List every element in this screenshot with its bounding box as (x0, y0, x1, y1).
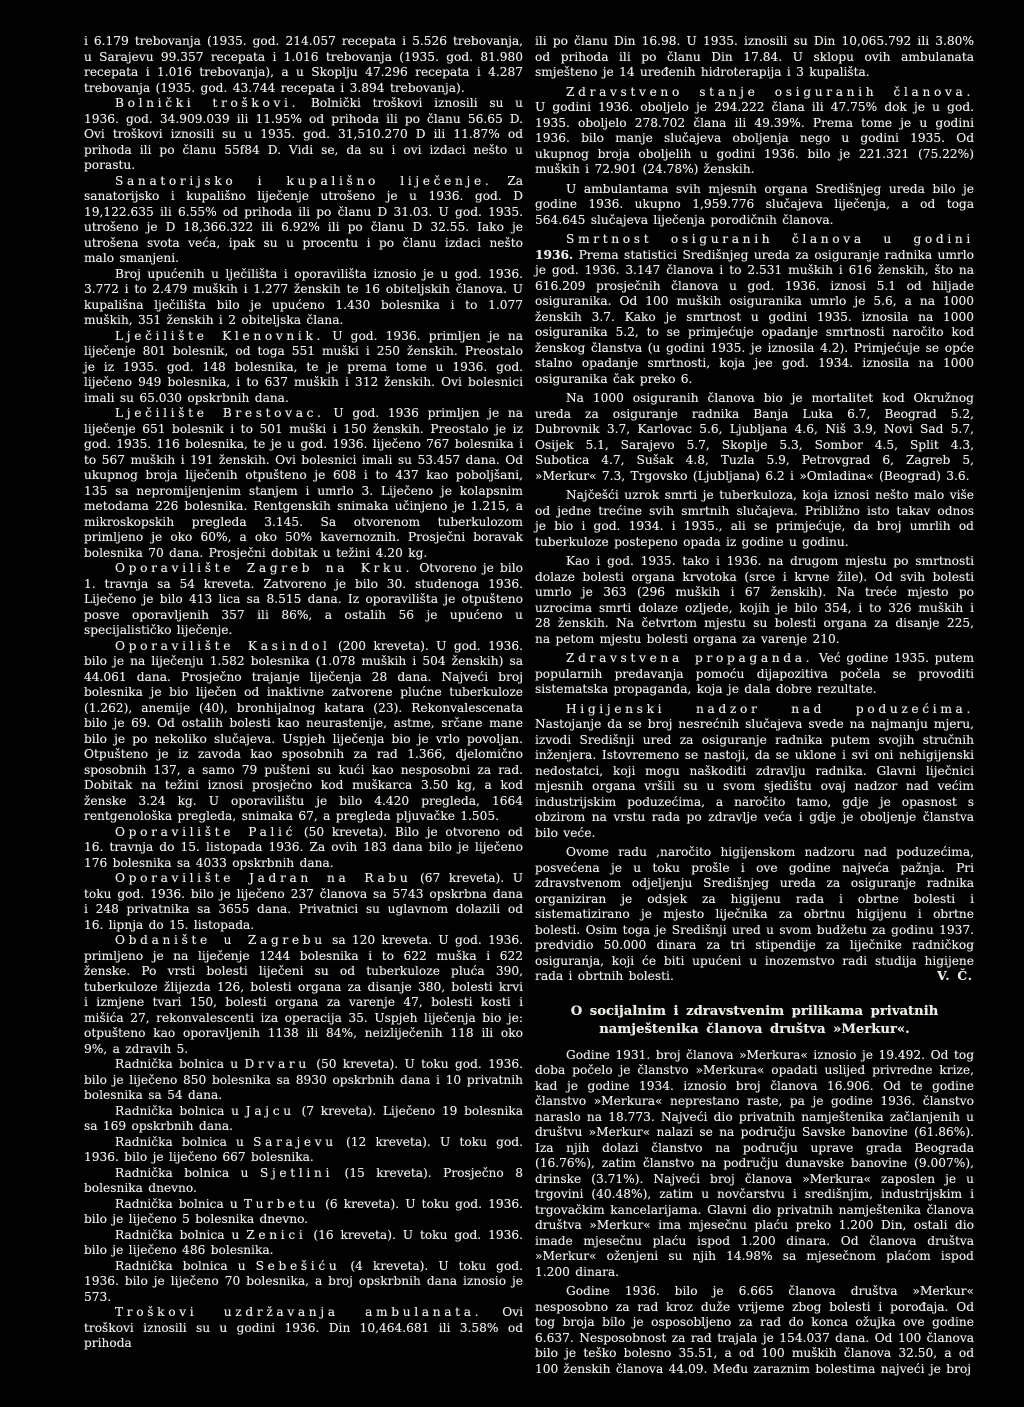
section-heading: Troškovi uzdržavanja ambulanata. (115, 1305, 482, 1319)
paragraph: Kao i god. 1935. tako i 1936. na drugom … (535, 554, 974, 647)
paragraph: Zdravstveno stanje osiguranih članova. U… (535, 85, 974, 178)
page-content: i 6.179 trebovanja (1935. god. 214.057 r… (84, 34, 974, 1377)
author-initials: V. Č. (937, 969, 973, 985)
text-run: Radnička bolnica u (115, 1197, 244, 1211)
section-heading: Higijenski nadzor nad poduzećima. (566, 702, 974, 716)
paragraph: i 6.179 trebovanja (1935. god. 214.057 r… (84, 34, 523, 96)
paragraph: U ambulantama svih mjesnih organa Središ… (535, 182, 974, 229)
text-run: Godine 1931. broj članova »Merkura« izno… (535, 1048, 974, 1279)
section-heading: Oporavilište Palić (115, 825, 296, 839)
paragraph: Radnička bolnica u Sarajevu (12 kreveta)… (84, 1135, 523, 1166)
text-run: Na 1000 osiguranih članova bio je mortal… (535, 391, 974, 483)
section-heading: Zenici (246, 1228, 306, 1242)
paragraph: Radnička bolnica u Sjetlini (15 kreveta)… (84, 1166, 523, 1197)
section-heading: Sjetlini (260, 1166, 333, 1180)
text-run: U ambulantama svih mjesnih organa Središ… (535, 182, 974, 227)
text-run: O socijalnim i zdravstvenim prilikama pr… (571, 1004, 939, 1037)
paragraph: Broj upućenih u lječilišta i oporavilišt… (84, 267, 523, 329)
article-title: O socijalnim i zdravstvenim prilikama pr… (535, 1003, 974, 1039)
section-heading: Oporavilište Jadran na Rabu (115, 871, 411, 885)
text-run: Radnička bolnica u (115, 1104, 246, 1118)
text-run: Ovome radu ,naročito higijenskom nadzoru… (535, 845, 974, 983)
paragraph: Oporavilište Palić (50 kreveta). Bilo je… (84, 825, 523, 872)
section-heading: Turbetu (244, 1197, 319, 1211)
text-run: Broj upućenih u lječilišta i oporavilišt… (84, 267, 523, 328)
section-heading: Drvaru (245, 1057, 310, 1071)
paragraph: Sanatorijsko i kupališno liječenje. Za s… (84, 174, 523, 267)
section-heading: Sebešiću (256, 1259, 341, 1273)
section-heading: Jajcu (246, 1104, 295, 1118)
paragraph: ili po članu Din 16.98. U 1935. iznosili… (535, 34, 974, 81)
text-run: U godini 1936. oboljelo je 294.222 člana… (535, 100, 974, 176)
paragraph: Oporavilište Jadran na Rabu (67 kreveta)… (84, 871, 523, 933)
paragraph: Zdravstvena propaganda. Već godine 1935.… (535, 651, 974, 698)
paragraph: Na 1000 osiguranih članova bio je mortal… (535, 391, 974, 484)
paragraph: Oporavilište Kasindol (200 kreveta). U g… (84, 639, 523, 825)
section-heading: Zdravstvena propaganda. (566, 651, 813, 665)
section-heading: Lječilište Klenovnik. (115, 329, 324, 343)
paragraph: Godine 1936. bilo je 6.665 članova društ… (535, 1284, 974, 1377)
text-run: U god. 1936 primljen je na liječenje 651… (84, 406, 523, 560)
text-run: Radnička bolnica u (115, 1057, 245, 1071)
section-heading: Obdanište u Zagrebu (115, 933, 326, 947)
text-run: Kao i god. 1935. tako i 1936. na drugom … (535, 554, 974, 646)
paragraph: Troškovi uzdržavanja ambulanata. Ovi tro… (84, 1305, 523, 1352)
paragraph: Lječilište Klenovnik. U god. 1936. priml… (84, 329, 523, 407)
text-run: (200 kreveta). U god. 1936. bilo je na l… (84, 639, 523, 824)
section-heading: Oporavilište Kasindol (115, 639, 331, 653)
paragraph: Radnička bolnica u Zenici (16 kreveta). … (84, 1228, 523, 1259)
paragraph: Radnička bolnica u Jajcu (7 kreveta). Li… (84, 1104, 523, 1135)
text-run: Godine 1936. bilo je 6.665 članova društ… (535, 1284, 974, 1376)
paragraph: Godine 1931. broj članova »Merkura« izno… (535, 1048, 974, 1281)
section-heading: Sanatorijsko i kupališno liječenje. (115, 174, 492, 188)
paragraph: Obdanište u Zagrebu sa 120 kreveta. U go… (84, 933, 523, 1057)
text-run: i 6.179 trebovanja (1935. god. 214.057 r… (84, 34, 523, 95)
text-run: sa 120 kreveta. U god. 1936. primljeno j… (84, 933, 523, 1056)
paragraph: Radnička bolnica u Sebešiću (4 kreveta).… (84, 1259, 523, 1306)
text-run: Radnička bolnica u (115, 1166, 260, 1180)
section-heading: Sarajevu (253, 1135, 337, 1149)
paragraph: Radnička bolnica u Turbetu (6 kreveta). … (84, 1197, 523, 1228)
paragraph: Smrtnost osiguranih članova u godini 193… (535, 232, 974, 387)
bold-text-run: 1936. (535, 248, 573, 262)
column-left: i 6.179 trebovanja (1935. god. 214.057 r… (84, 34, 523, 1377)
text-run: Najčešći uzrok smrti je tuberkuloza, koj… (535, 488, 974, 549)
paragraph: Ovome radu ,naročito higijenskom nadzoru… (535, 845, 974, 985)
column-right: ili po članu Din 16.98. U 1935. iznosili… (535, 34, 974, 1377)
text-run: Nastojanje da se broj nesrećnih slučajev… (535, 717, 974, 840)
paragraph: Radnička bolnica u Drvaru (50 kreveta). … (84, 1057, 523, 1104)
section-heading: Oporavilište Zagreb na Krku. (115, 561, 413, 575)
section-heading: Lječilište Brestovac. (115, 406, 325, 420)
section-heading: Smrtnost osiguranih članova u godini (566, 232, 974, 246)
text-run: Radnička bolnica u (115, 1135, 253, 1149)
paragraph: Lječilište Brestovac. U god. 1936 primlj… (84, 406, 523, 561)
text-run: Radnička bolnica u (115, 1259, 256, 1273)
text-run: ili po članu Din 16.98. U 1935. iznosili… (535, 34, 974, 79)
document-page: i 6.179 trebovanja (1935. god. 214.057 r… (0, 0, 1024, 1407)
text-run: Prema statistici Središnjeg ureda za osi… (535, 248, 974, 386)
section-heading: Zdravstveno stanje osiguranih članova. (566, 85, 974, 99)
section-heading: Bolnički troškovi. (115, 96, 299, 110)
paragraph: Najčešći uzrok smrti je tuberkuloza, koj… (535, 488, 974, 550)
paragraph: Higijenski nadzor nad poduzećima. Nastoj… (535, 702, 974, 842)
text-run: Radnička bolnica u (115, 1228, 246, 1242)
paragraph: Bolnički troškovi. Bolnički troškovi izn… (84, 96, 523, 174)
paragraph: Oporavilište Zagreb na Krku. Otvoreno je… (84, 561, 523, 639)
